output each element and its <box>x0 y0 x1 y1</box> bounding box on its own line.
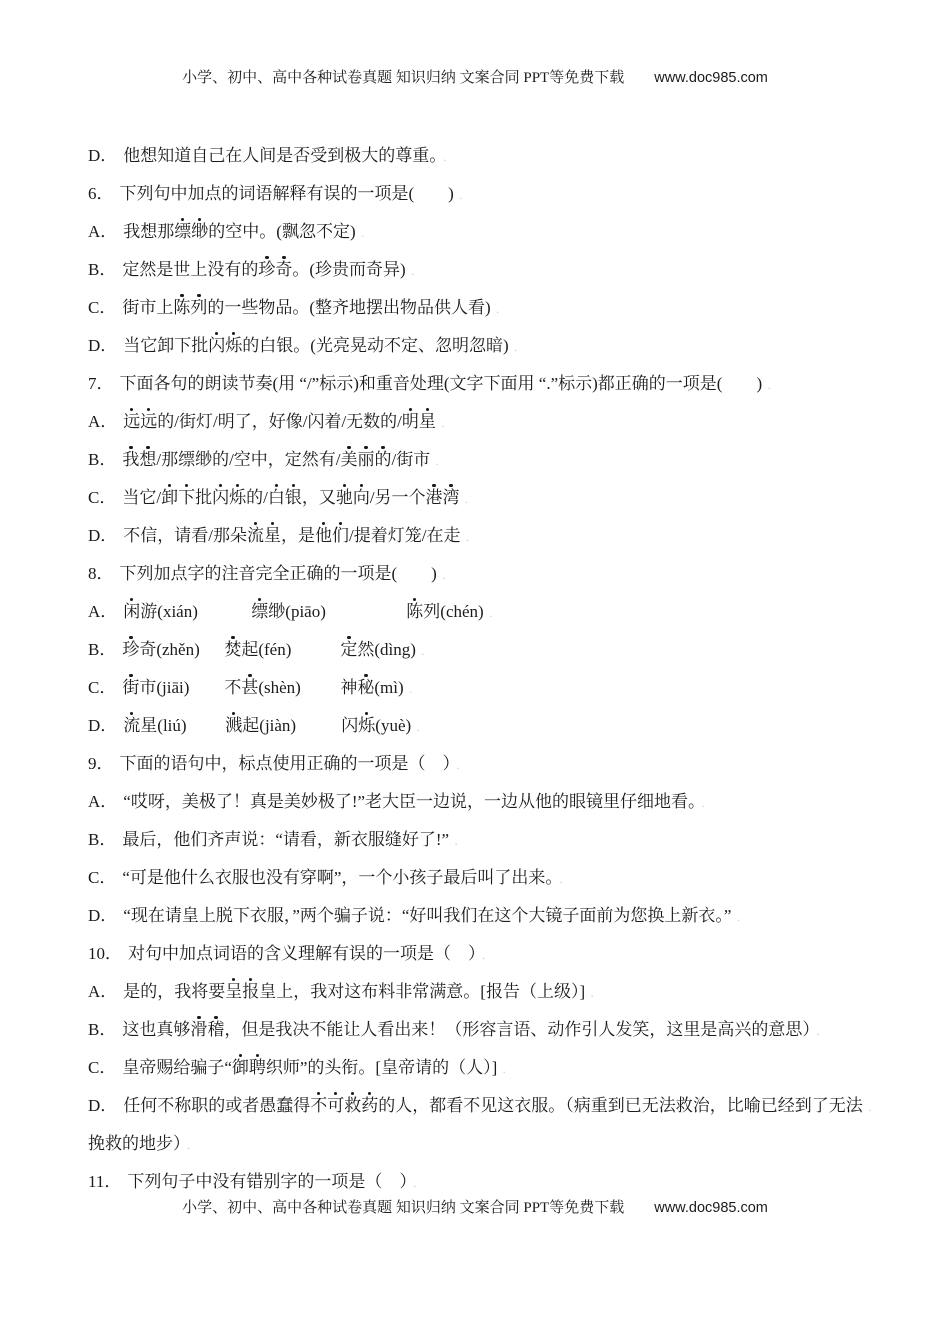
line-text: 街市上 <box>122 298 173 317</box>
ghost-mark: ． <box>361 225 374 240</box>
document-page: 小学、初中、高中各种试卷真题 知识归纳 文案合同 PPT等免费下载www.doc… <box>0 0 950 1344</box>
option-line: A．远远的/街灯/明了，好像/闪着/无数的/明星． <box>88 403 900 441</box>
emphasized-char: 报 <box>242 983 259 1000</box>
ghost-mark: ． <box>465 491 478 506</box>
option-line: D．任何不称职的或者愚蠢得不可救药的人，都看不见这衣服。（病重到已无法救治，比喻… <box>88 1087 900 1125</box>
ghost-mark: ． <box>442 567 455 582</box>
emphasized-char: 流 <box>247 527 264 544</box>
emphasized-char: 的 <box>375 451 392 468</box>
emphasized-char: 丽 <box>358 451 375 468</box>
emphasized-char: 珍 <box>258 261 275 278</box>
option-label: C． <box>88 488 116 507</box>
option-line: D．当它卸下批闪烁的白银。(光亮晃动不定、忽明忽暗)． <box>88 327 900 365</box>
emphasized-char: 救 <box>344 1097 361 1114</box>
option-line: B．最后，他们齐声说：“请看，新衣服缝好了!”． <box>88 821 900 859</box>
emphasized-char: 驰 <box>336 489 353 506</box>
emphasized-char: 们 <box>332 527 349 544</box>
pinyin-option-line: B．珍奇(zhěn)焚起(fén)定然(dìng)． <box>88 631 900 669</box>
line-text: “可是他什么衣服也没有穿啊”，一个小孩子最后叫了出来。 <box>122 868 554 887</box>
option-label: 7． <box>88 374 114 393</box>
ghost-mark: ． <box>413 1175 426 1190</box>
ghost-mark: ． <box>767 377 780 392</box>
line-text: 皇上，我对这布料非常满意。[报告（上级）] <box>259 982 585 1001</box>
option-label: A． <box>88 792 117 811</box>
pinyin-item: 溅起(jiàn) <box>225 707 341 745</box>
emphasized-char: 银 <box>285 489 302 506</box>
option-label: A． <box>88 982 117 1001</box>
question-line: 7．下面各句的朗读节奏(用 “/”标示)和重音处理(文字下面用 “.”标示)都正… <box>88 365 900 403</box>
emphasized-char: 溅 <box>225 717 242 734</box>
pinyin-item: 闪烁(yuè) <box>341 707 411 745</box>
emphasized-char: 可 <box>327 1097 344 1114</box>
emphasized-char: 流 <box>123 717 140 734</box>
line-text: 的/街灯/明了，好像/闪着/无数的/ <box>157 412 402 431</box>
ghost-mark: ． <box>187 1137 200 1152</box>
ghost-mark: ． <box>411 263 424 278</box>
line-text: 皇帝赐给骗子“ <box>122 1058 232 1077</box>
footer-url: www.doc985.com <box>654 1200 768 1216</box>
emphasized-char: 远 <box>123 413 140 430</box>
option-line: D．不信，请看/那朵流星，是他们/提着灯笼/在走． <box>88 517 900 555</box>
option-label: C． <box>88 1058 116 1077</box>
line-text: 任何不称职的或者愚蠢得 <box>123 1096 310 1115</box>
option-label: B． <box>88 450 116 469</box>
line-text: 下列句子中没有错别字的一项是（ ） <box>127 1172 408 1191</box>
line-text: 他想知道自己在人间是否受到极大的尊重。 <box>123 146 438 165</box>
option-line: 挽救的地步）． <box>88 1125 900 1163</box>
emphasized-char: 缈 <box>191 223 208 240</box>
line-text: 我想那 <box>123 222 174 241</box>
option-label: A． <box>88 602 117 621</box>
line-text: 定然是世上没有的 <box>122 260 258 279</box>
doc-footer: 小学、初中、高中各种试卷真题 知识归纳 文案合同 PPT等免费下载www.doc… <box>0 1196 950 1217</box>
ghost-mark: ． <box>421 643 434 658</box>
option-line: A．是的，我将要呈报皇上，我对这布料非常满意。[报告（上级）]． <box>88 973 900 1011</box>
emphasized-char: 烁 <box>358 717 375 734</box>
question-line: 9．下面的语句中，标点使用正确的一项是（ ）． <box>88 745 900 783</box>
ghost-mark: ． <box>416 719 429 734</box>
emphasized-char: 星 <box>419 413 436 430</box>
option-line: A．“哎呀，美极了！真是美妙极了!”老大臣一边说，一边从他的眼镜里仔细地看。． <box>88 783 900 821</box>
option-line: B．我想/那缥缈的/空中，定然有/美丽的/街市． <box>88 441 900 479</box>
pinyin-item: 街市(jiāi) <box>122 669 224 707</box>
pinyin-item: 焚起(fén) <box>224 631 340 669</box>
line-text: 不信，请看/那朵 <box>123 526 247 545</box>
ghost-mark: ． <box>435 453 448 468</box>
option-label: B． <box>88 830 116 849</box>
option-label: 8． <box>88 564 114 583</box>
emphasized-char: 想 <box>139 451 156 468</box>
emphasized-char: 御 <box>232 1059 249 1076</box>
emphasized-char: 甚 <box>241 679 258 696</box>
line-text: 的空中。(飘忽不定) <box>208 222 355 241</box>
line-text: “现在请皇上脱下衣服，”两个骗子说：“好叫我们在这个大镜子面前为您换上新衣。” <box>123 906 731 925</box>
ghost-mark: ． <box>502 1061 515 1076</box>
line-text: 的人，都看不见这衣服。（病重到已无法救治，比喻已经到了无法 <box>378 1096 863 1115</box>
ghost-mark: ． <box>443 149 456 164</box>
option-line: C．皇帝赐给骗子“御聘织师”的头衔。[皇帝请的（人）]． <box>88 1049 900 1087</box>
option-line: A．我想那缥缈的空中。(飘忽不定)． <box>88 213 900 251</box>
option-label: D． <box>88 146 117 165</box>
header-text: 小学、初中、高中各种试卷真题 知识归纳 文案合同 PPT等免费下载 <box>182 70 624 86</box>
option-label: C． <box>88 868 116 887</box>
emphasized-char: 珍 <box>122 641 139 658</box>
question-line: 6．下列句中加点的词语解释有误的一项是( )． <box>88 175 900 213</box>
ghost-mark: ． <box>559 871 572 886</box>
line-text: 对句中加点词语的含义理解有误的一项是（ ） <box>128 944 477 963</box>
pinyin-item: 定然(dìng) <box>340 631 416 669</box>
pinyin-item: 神秘(mì) <box>340 669 403 707</box>
emphasized-char: 闪 <box>212 489 229 506</box>
line-text: 下列加点字的注音完全正确的一项是( ) <box>120 564 437 583</box>
emphasized-char: 陈 <box>406 603 423 620</box>
ghost-mark: ． <box>465 529 478 544</box>
option-label: C． <box>88 298 116 317</box>
exam-body: D．他想知道自己在人间是否受到极大的尊重。．6．下列句中加点的词语解释有误的一项… <box>88 137 900 1201</box>
line-text: 当它/ <box>122 488 161 507</box>
option-label: B． <box>88 1020 116 1039</box>
line-text: 下面各句的朗读节奏(用 “/”标示)和重音处理(文字下面用 “.”标示)都正确的… <box>120 374 763 393</box>
emphasized-char: 焚 <box>224 641 241 658</box>
line-text: /提着灯笼/在走 <box>349 526 460 545</box>
ghost-mark: ． <box>409 681 422 696</box>
doc-header: 小学、初中、高中各种试卷真题 知识归纳 文案合同 PPT等免费下载www.doc… <box>0 66 950 87</box>
option-line: B．定然是世上没有的珍奇。(珍贵而奇异)． <box>88 251 900 289</box>
emphasized-char: 聘 <box>249 1059 266 1076</box>
emphasized-char: 定 <box>340 641 357 658</box>
emphasized-char: 闪 <box>208 337 225 354</box>
line-text: 的白银。(光亮晃动不定、忽明忽暗) <box>242 336 508 355</box>
pinyin-item: 缥缈(piāo) <box>251 593 406 631</box>
emphasized-char: 卸 <box>161 489 178 506</box>
question-line: 8．下列加点字的注音完全正确的一项是( )． <box>88 555 900 593</box>
emphasized-char: 闲 <box>123 603 140 620</box>
line-text: 的/ <box>246 488 268 507</box>
ghost-mark: ． <box>590 985 603 1000</box>
ghost-mark: ． <box>736 909 749 924</box>
emphasized-char: 呈 <box>225 983 242 1000</box>
line-text: ，但是我决不能让人看出来！（形容言语、动作引人发笑，这里是高兴的意思） <box>224 1020 811 1039</box>
option-label: A． <box>88 412 117 431</box>
pinyin-option-line: A．闲游(xián)缥缈(piāo)陈列(chén)． <box>88 593 900 631</box>
pinyin-item: 不甚(shèn) <box>224 669 340 707</box>
ghost-mark: ． <box>454 833 467 848</box>
option-label: B． <box>88 260 116 279</box>
emphasized-char: 向 <box>353 489 370 506</box>
ghost-mark: ． <box>489 605 502 620</box>
emphasized-char: 港 <box>426 489 443 506</box>
emphasized-char: 缥 <box>174 223 191 240</box>
line-text: 挽救的地步） <box>88 1134 182 1153</box>
emphasized-char: 药 <box>361 1097 378 1114</box>
ghost-mark: ． <box>456 757 469 772</box>
line-text: 下列句中加点的词语解释有误的一项是( ) <box>120 184 454 203</box>
emphasized-char: 秘 <box>357 679 374 696</box>
option-label: C． <box>88 678 116 697</box>
pinyin-item: 珍奇(zhěn) <box>122 631 224 669</box>
emphasized-char: 明 <box>402 413 419 430</box>
emphasized-char: 下 <box>178 489 195 506</box>
option-label: D． <box>88 336 117 355</box>
ghost-mark: ． <box>496 301 509 316</box>
ghost-mark: ． <box>459 187 472 202</box>
line-text: 当它卸下批 <box>123 336 208 355</box>
line-text: 最后，他们齐声说：“请看，新衣服缝好了!” <box>122 830 449 849</box>
emphasized-char: 稽 <box>207 1021 224 1038</box>
emphasized-char: 星 <box>264 527 281 544</box>
line-text: 下面的语句中，标点使用正确的一项是（ ） <box>120 754 452 773</box>
option-label: 11． <box>88 1172 121 1191</box>
option-label: D． <box>88 1096 117 1115</box>
option-line: D．他想知道自己在人间是否受到极大的尊重。． <box>88 137 900 175</box>
option-label: D． <box>88 906 117 925</box>
emphasized-char: 我 <box>122 451 139 468</box>
pinyin-option-line: D．流星(liú)溅起(jiàn)闪烁(yuè)． <box>88 707 900 745</box>
emphasized-char: 他 <box>315 527 332 544</box>
emphasized-char: 湾 <box>443 489 460 506</box>
option-line: D．“现在请皇上脱下衣服，”两个骗子说：“好叫我们在这个大镜子面前为您换上新衣。… <box>88 897 900 935</box>
line-text: 是的，我将要 <box>123 982 225 1001</box>
emphasized-char: 不 <box>310 1097 327 1114</box>
header-url: www.doc985.com <box>654 70 768 86</box>
line-text: /另一个 <box>370 488 426 507</box>
emphasized-char: 列 <box>190 299 207 316</box>
option-label: D． <box>88 716 117 735</box>
emphasized-char: 远 <box>140 413 157 430</box>
option-label: A． <box>88 222 117 241</box>
ghost-mark: ． <box>702 795 715 810</box>
emphasized-char: 白 <box>268 489 285 506</box>
line-text: ，又 <box>302 488 336 507</box>
ghost-mark: ． <box>441 415 454 430</box>
pinyin-option-line: C．街市(jiāi)不甚(shèn)神秘(mì)． <box>88 669 900 707</box>
option-label: 10． <box>88 944 122 963</box>
emphasized-char: 烁 <box>229 489 246 506</box>
option-label: D． <box>88 526 117 545</box>
emphasized-char: 街 <box>122 679 139 696</box>
line-text: ，是 <box>281 526 315 545</box>
pinyin-item: 闲游(xián) <box>123 593 251 631</box>
line-text: 的一些物品。(整齐地摆出物品供人看) <box>207 298 490 317</box>
option-line: C．当它/卸下批闪烁的/白银，又驰向/另一个港湾． <box>88 479 900 517</box>
emphasized-char: 缥 <box>251 603 268 620</box>
option-label: 6． <box>88 184 114 203</box>
option-line: C．“可是他什么衣服也没有穿啊”，一个小孩子最后叫了出来。． <box>88 859 900 897</box>
pinyin-item: 流星(liú) <box>123 707 225 745</box>
emphasized-char: 滑 <box>190 1021 207 1038</box>
ghost-mark: ． <box>514 339 527 354</box>
option-label: 9． <box>88 754 114 773</box>
option-line: C．街市上陈列的一些物品。(整齐地摆出物品供人看)． <box>88 289 900 327</box>
question-line: 10．对句中加点词语的含义理解有误的一项是（ ）． <box>88 935 900 973</box>
line-text: /那缥缈的/空中，定然有/ <box>156 450 340 469</box>
emphasized-char: 美 <box>341 451 358 468</box>
option-line: B．这也真够滑稽，但是我决不能让人看出来！（形容言语、动作引人发笑，这里是高兴的… <box>88 1011 900 1049</box>
ghost-mark: ． <box>816 1023 829 1038</box>
ghost-mark: ． <box>868 1099 881 1114</box>
footer-text: 小学、初中、高中各种试卷真题 知识归纳 文案合同 PPT等免费下载 <box>182 1200 624 1216</box>
emphasized-char: 陈 <box>173 299 190 316</box>
ghost-mark: ． <box>482 947 495 962</box>
line-text: “哎呀，美极了！真是美妙极了!”老大臣一边说，一边从他的眼镜里仔细地看。 <box>123 792 696 811</box>
line-text: 。(珍贵而奇异) <box>292 260 405 279</box>
line-text: 批 <box>195 488 212 507</box>
emphasized-char: 奇 <box>275 261 292 278</box>
pinyin-item: 陈列(chén) <box>406 593 483 631</box>
emphasized-char: 烁 <box>225 337 242 354</box>
line-text: /街市 <box>392 450 431 469</box>
option-label: B． <box>88 640 116 659</box>
line-text: 织师”的头衔。[皇帝请的（人）] <box>266 1058 497 1077</box>
line-text: 这也真够 <box>122 1020 190 1039</box>
